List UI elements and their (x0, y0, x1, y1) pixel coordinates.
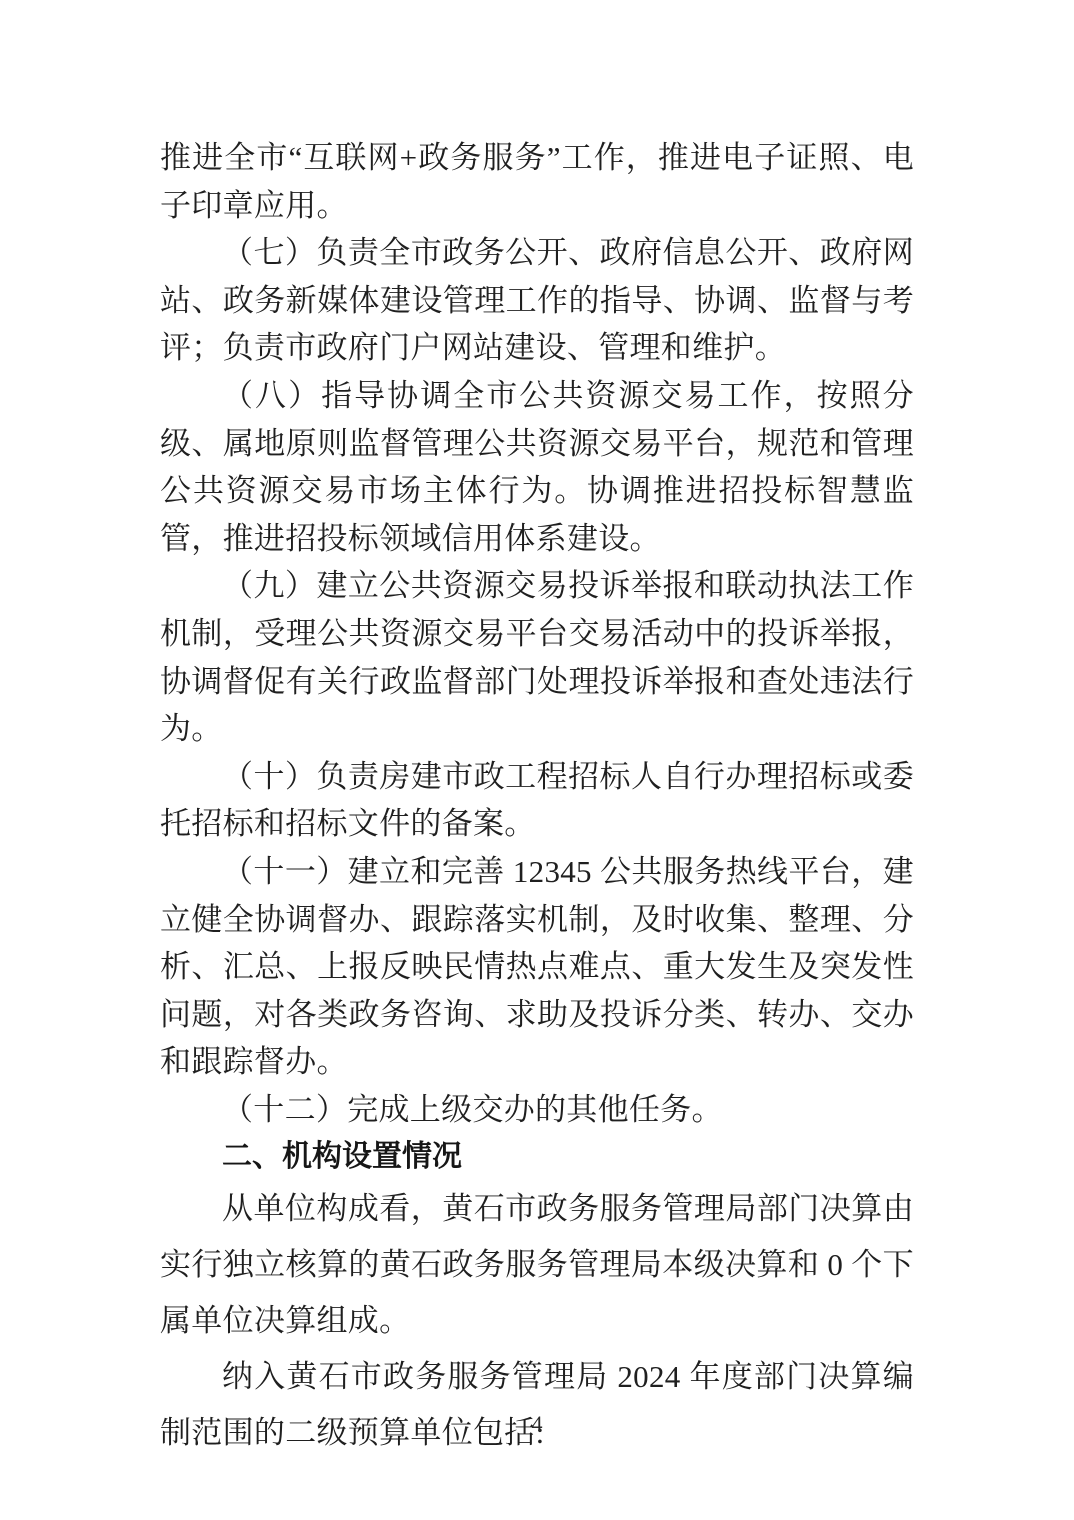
document-page: 推进全市“互联网+政务服务”工作，推进电子证照、电子印章应用。（七）负责全市政务… (0, 0, 1074, 1520)
paragraph: 从单位构成看，黄石市政务服务管理局部门决算由实行独立核算的黄石政务服务管理局本级… (160, 1181, 914, 1349)
paragraph: （十二）完成上级交办的其他任务。 (160, 1086, 914, 1134)
page-number: 4 (0, 1411, 1074, 1437)
paragraph: （九）建立公共资源交易投诉举报和联动执法工作机制，受理公共资源交易平台交易活动中… (160, 562, 914, 752)
paragraph: 纳入黄石市政务服务管理局 2024 年度部门决算编制范围的二级预算单位包括: (160, 1349, 914, 1461)
paragraph: （七）负责全市政务公开、政府信息公开、政府网站、政务新媒体建设管理工作的指导、协… (160, 229, 914, 372)
section-heading: 二、机构设置情况 (160, 1133, 914, 1181)
paragraph: （十一）建立和完善 12345 公共服务热线平台，建立健全协调督办、跟踪落实机制… (160, 848, 914, 1086)
paragraph: （八）指导协调全市公共资源交易工作，按照分级、属地原则监督管理公共资源交易平台，… (160, 372, 914, 562)
paragraph: 推进全市“互联网+政务服务”工作，推进电子证照、电子印章应用。 (160, 134, 914, 229)
document-body: 推进全市“互联网+政务服务”工作，推进电子证照、电子印章应用。（七）负责全市政务… (160, 134, 914, 1461)
paragraph: （十）负责房建市政工程招标人自行办理招标或委托招标和招标文件的备案。 (160, 753, 914, 848)
